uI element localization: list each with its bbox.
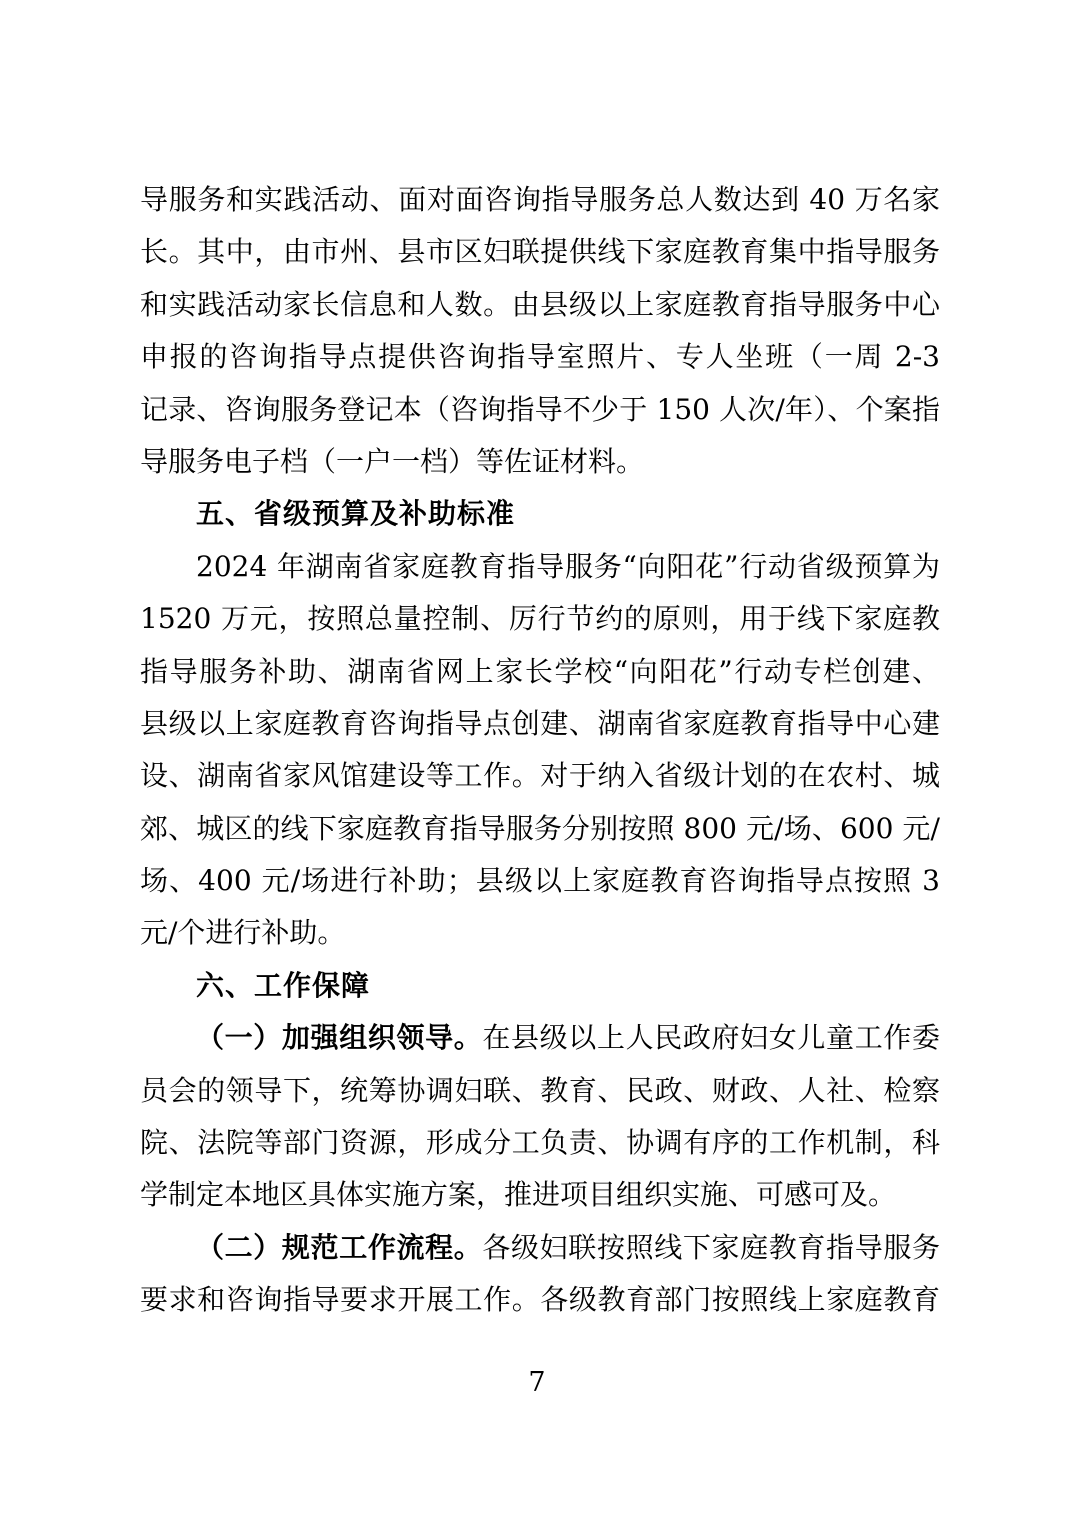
section-heading-budget: 五、省级预算及补助标准 [140,488,940,540]
doc-line: 1520 万元，按照总量控制、厉行节约的原则，用于线下家庭教育 [140,593,940,645]
doc-line: 长。其中，由市州、县市区妇联提供线下家庭教育集中指导服务 [140,226,940,278]
doc-line: 指导服务补助、湖南省网上家长学校“向阳花”行动专栏创建、 [140,646,940,698]
paragraph-lead: （一）加强组织领导。 [196,1021,482,1054]
doc-line: （二）规范工作流程。各级妇联按照线下家庭教育指导服务 [140,1222,940,1274]
doc-line: 设、湖南省家风馆建设等工作。对于纳入省级计划的在农村、城 [140,750,940,802]
doc-line: 记录、咨询服务登记本（咨询指导不少于 150 人次/年）、个案指 [140,384,940,436]
doc-line: 申报的咨询指导点提供咨询指导室照片、专人坐班（一周 2-3 天） [140,331,940,383]
doc-line: 县级以上家庭教育咨询指导点创建、湖南省家庭教育指导中心建 [140,698,940,750]
paragraph-lead-rest: 在县级以上人民政府妇女儿童工作委 [482,1021,940,1054]
paragraph-lead-rest: 各级妇联按照线下家庭教育指导服务 [482,1231,940,1264]
doc-line: 员会的领导下，统筹协调妇联、教育、民政、财政、人社、检察 [140,1065,940,1117]
document-page: 导服务和实践活动、面对面咨询指导服务总人数达到 40 万名家 长。其中，由市州、… [0,0,1074,1520]
doc-line: 元/个进行补助。 [140,907,940,959]
doc-line: 郊、城区的线下家庭教育指导服务分别按照 800 元/场、600 元/ [140,803,940,855]
page-number: 7 [0,1363,1074,1403]
doc-line: 要求和咨询指导要求开展工作。各级教育部门按照线上家庭教育 [140,1274,940,1326]
doc-line: 学制定本地区具体实施方案，推进项目组织实施、可感可及。 [140,1169,940,1221]
doc-line: 和实践活动家长信息和人数。由县级以上家庭教育指导服务中心 [140,279,940,331]
document-body: 导服务和实践活动、面对面咨询指导服务总人数达到 40 万名家 长。其中，由市州、… [140,174,940,1327]
doc-line: 导服务电子档（一户一档）等佐证材料。 [140,436,940,488]
doc-line: 院、法院等部门资源，形成分工负责、协调有序的工作机制，科 [140,1117,940,1169]
doc-line: （一）加强组织领导。在县级以上人民政府妇女儿童工作委 [140,1012,940,1064]
doc-line: 2024 年湖南省家庭教育指导服务“向阳花”行动省级预算为 [140,541,940,593]
paragraph-lead: （二）规范工作流程。 [196,1231,482,1264]
doc-line: 导服务和实践活动、面对面咨询指导服务总人数达到 40 万名家 [140,174,940,226]
doc-line: 场、400 元/场进行补助；县级以上家庭教育咨询指导点按照 3 万 [140,855,940,907]
section-heading-support: 六、工作保障 [140,960,940,1012]
